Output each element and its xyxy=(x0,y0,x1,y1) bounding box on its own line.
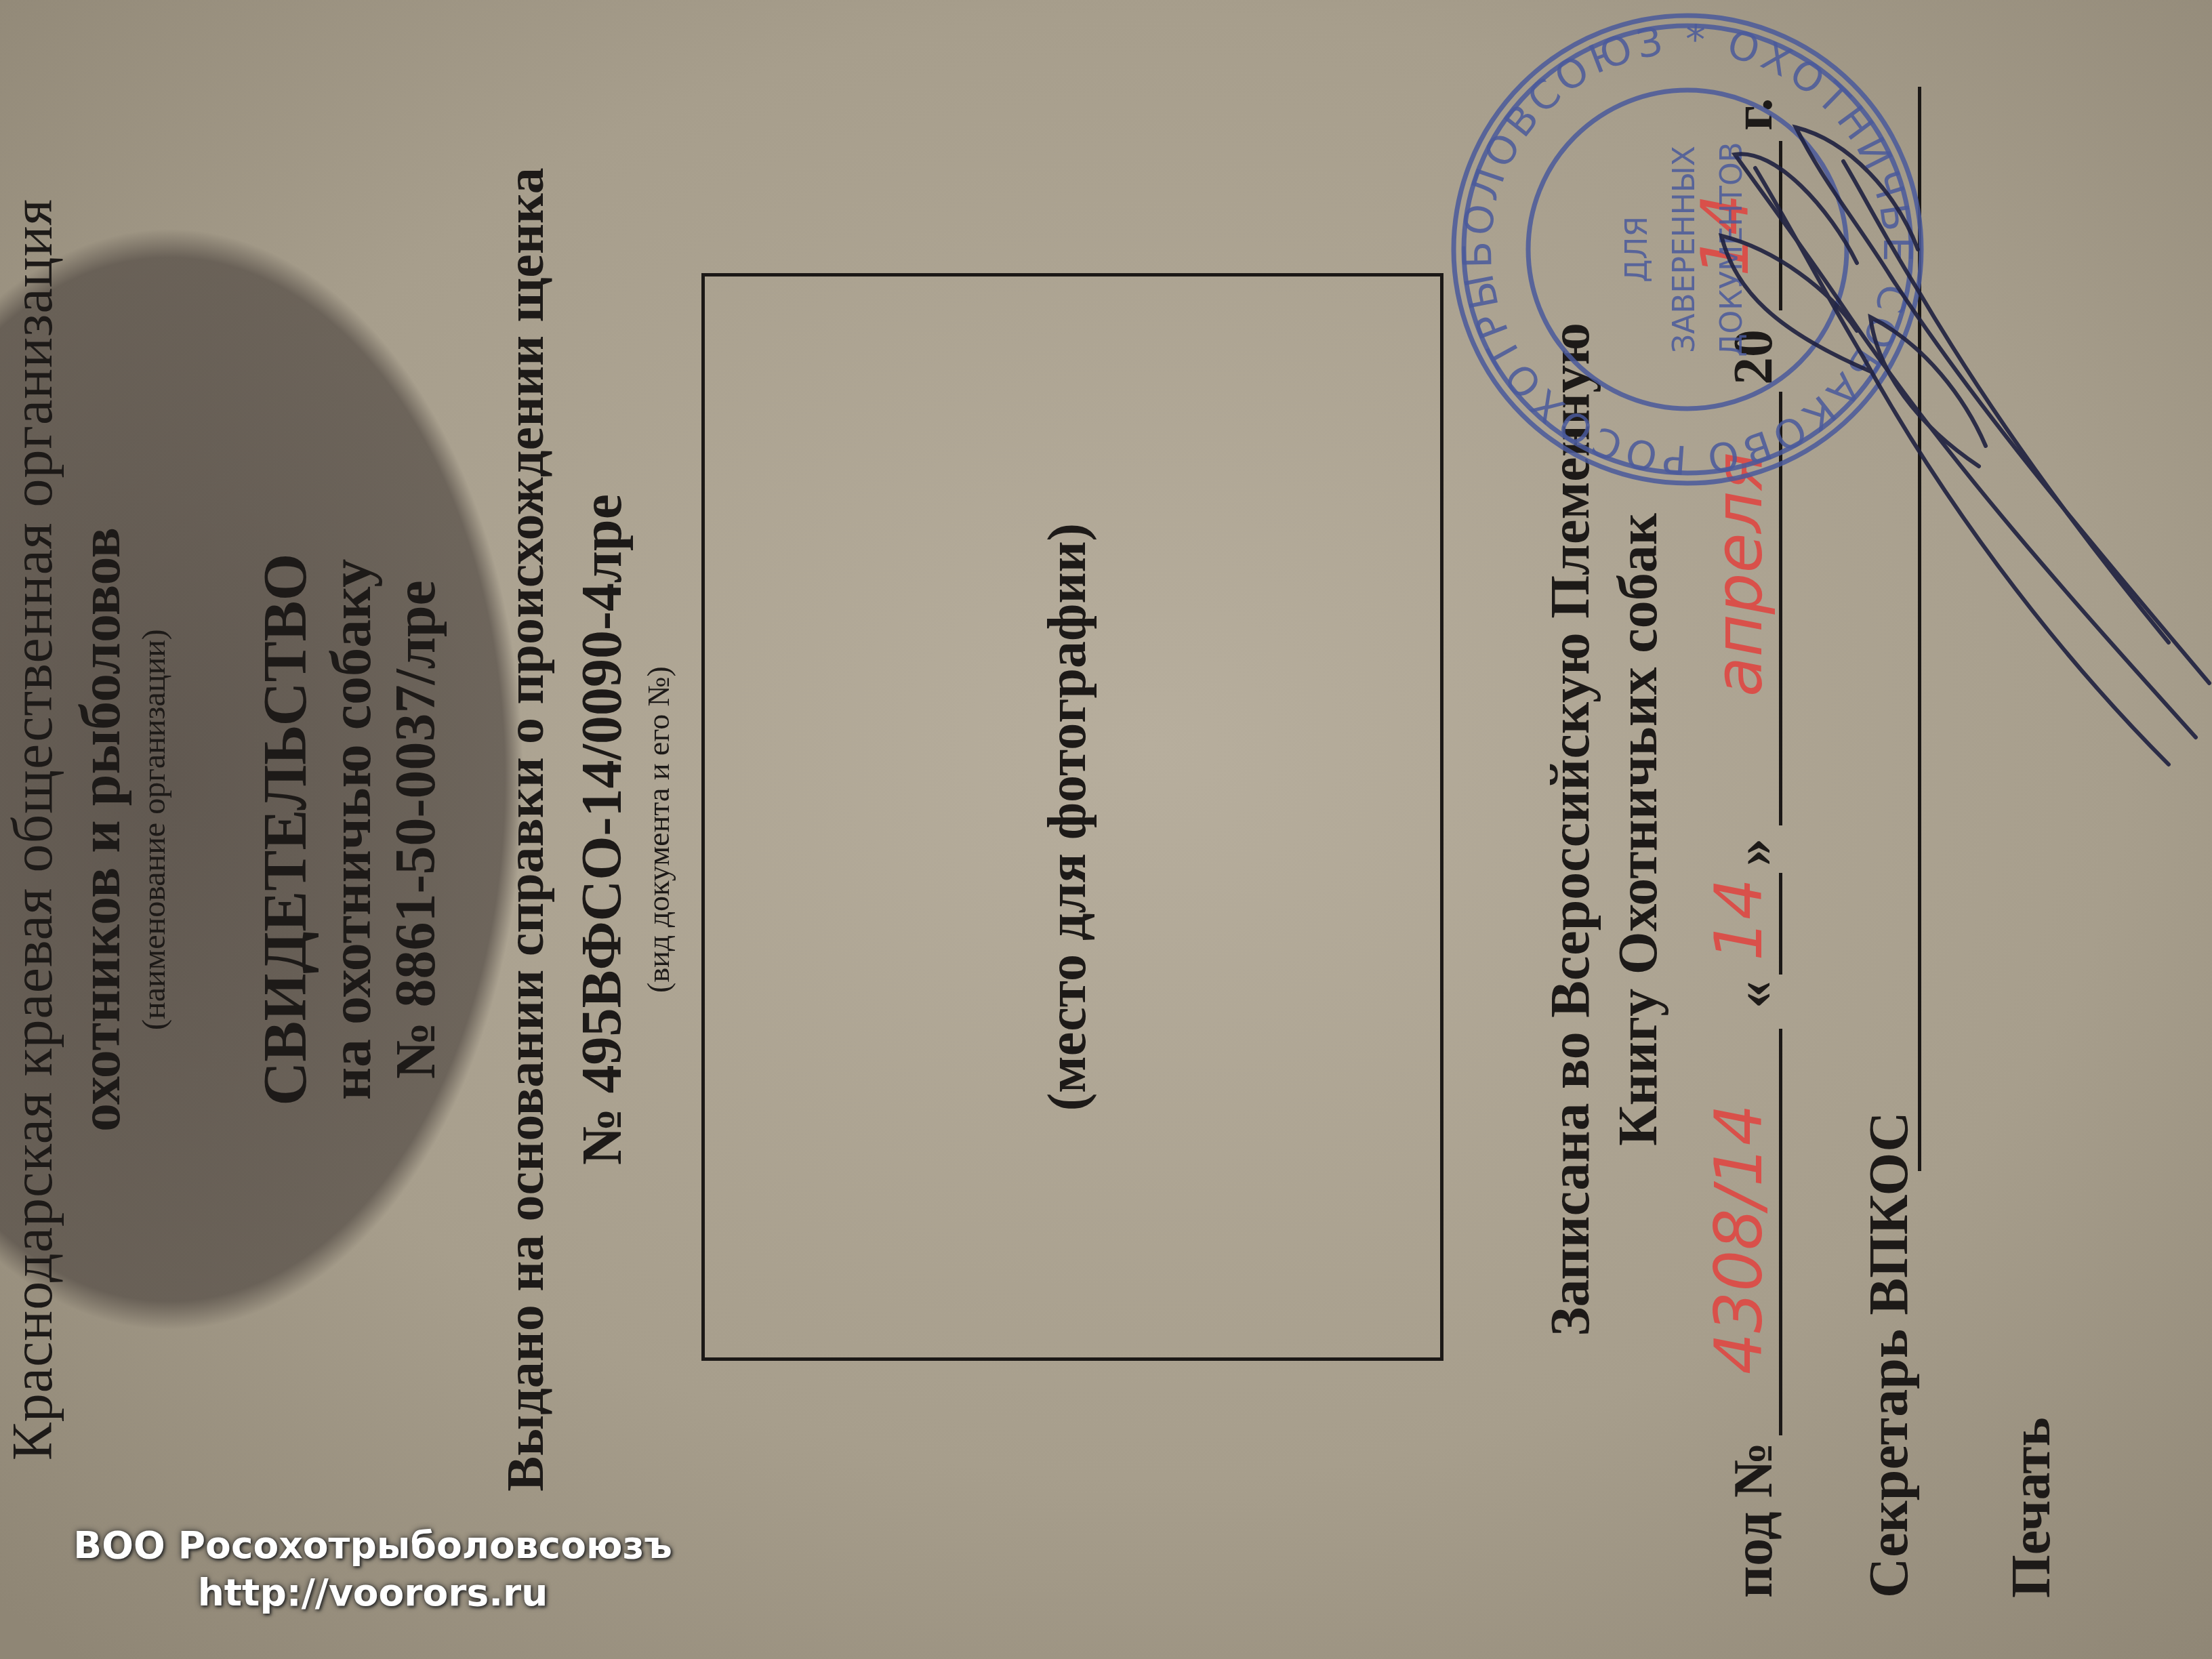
secretary-label: Секретарь ВПКОС xyxy=(1857,1112,1921,1599)
registration-number-underline xyxy=(1779,1029,1782,1435)
seal-label: Печать xyxy=(1999,1417,2063,1598)
photo-placeholder-box: (место для фотографии) xyxy=(701,273,1443,1361)
signature-scribble-icon xyxy=(1694,100,2212,846)
watermark-url: http://voorors.ru xyxy=(7,1569,739,1616)
organization-name-line1: Краснодарская краевая общественная орган… xyxy=(0,0,66,1659)
registration-number-label: под № xyxy=(1722,1442,1784,1598)
day-handwritten: 14 xyxy=(1701,878,1777,961)
photo-placeholder-label: (место для фотографии) xyxy=(1037,276,1099,1357)
issued-basis: Выдано на основании справки о происхожде… xyxy=(495,0,556,1659)
stamp-inner-line1: ДЛЯ xyxy=(1620,216,1654,283)
quote-open: « xyxy=(1721,981,1785,1008)
basis-document-number: № 495ВФСО-14/0090-4лре xyxy=(569,0,635,1659)
document-photo: Краснодарская краевая общественная орган… xyxy=(0,0,2212,1659)
registration-number-row: под № xyxy=(1721,1442,1785,1598)
organization-name-line2: охотников и рыболовов xyxy=(68,0,134,1659)
watermark: ВОО Росохотрыболовсоюзъ http://voorors.r… xyxy=(7,1521,739,1616)
certificate-sheet: Краснодарская краевая общественная орган… xyxy=(0,0,2212,1659)
registration-number-handwritten: 4308/14 xyxy=(1701,1104,1777,1374)
day-underline xyxy=(1779,873,1782,975)
certificate-number: № 8861-50-0037/лре xyxy=(383,0,449,1659)
organization-caption: (наименование организации) xyxy=(136,0,173,1659)
basis-document-caption: (вид документа и его №) xyxy=(640,0,676,1659)
watermark-line1: ВОО Росохотрыболовсоюзъ xyxy=(7,1521,739,1569)
certificate-subtitle: на охотничью собаку xyxy=(319,0,384,1659)
certificate-title: СВИДЕТЕЛЬСТВО xyxy=(251,0,321,1659)
